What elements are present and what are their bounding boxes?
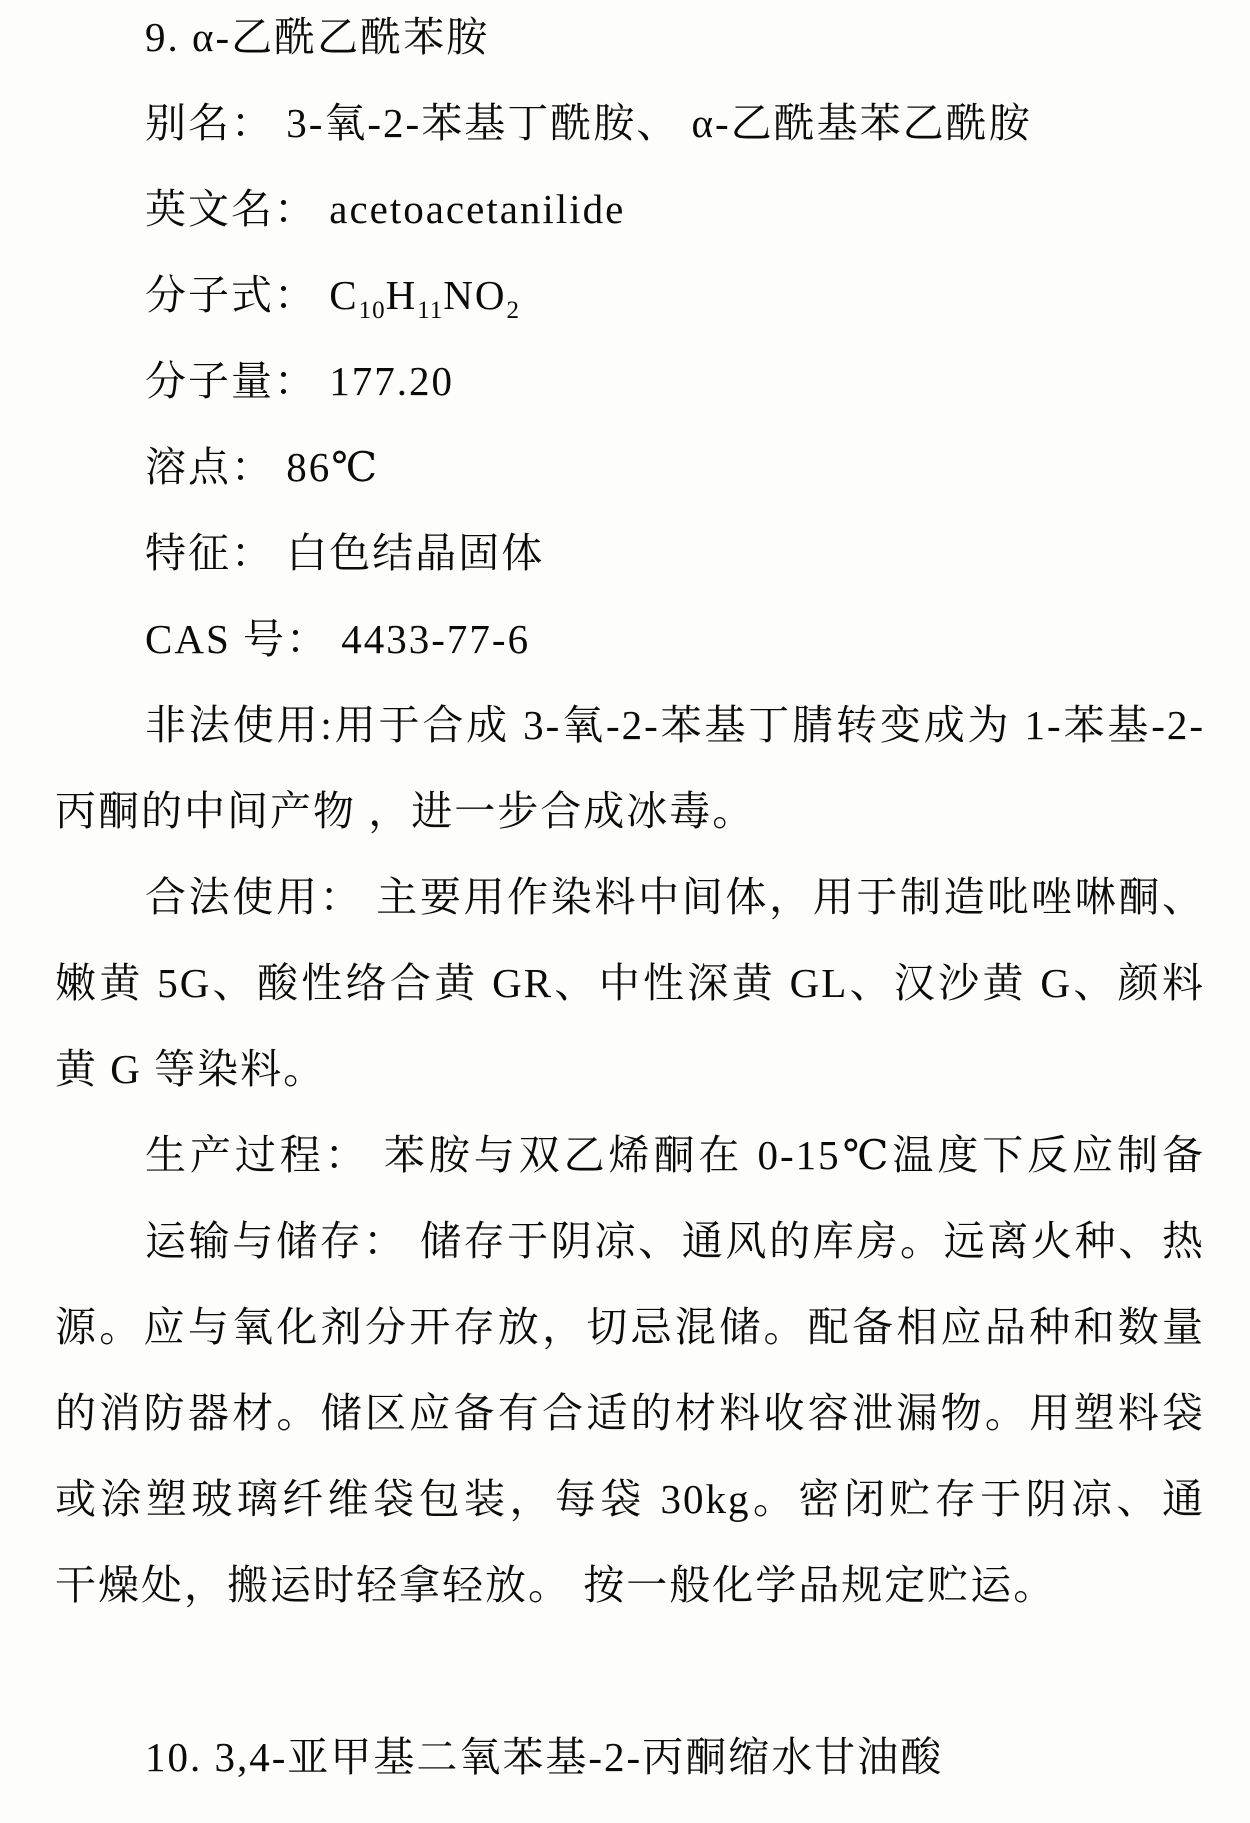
aliases-field: 别名： 3-氧-2-苯基丁酰胺、 α-乙酰基苯乙酰胺 bbox=[55, 80, 1205, 166]
transport-storage-paragraph-line-1: 运输与储存： 储存于阴凉、通风的库房。远离火种、热 bbox=[55, 1198, 1205, 1284]
entry-9-heading: 9. α-乙酰乙酰苯胺 bbox=[55, 0, 1205, 80]
document-text-block: 9. α-乙酰乙酰苯胺别名： 3-氧-2-苯基丁酰胺、 α-乙酰基苯乙酰胺英文名… bbox=[55, 0, 1205, 1800]
formula-subscript: 2 bbox=[507, 297, 521, 324]
text-run: 分子量： 177.20 bbox=[145, 358, 454, 404]
text-run: 嫩黄 5G、酸性络合黄 GR、中性深黄 GL、汉沙黄 G、颜料 bbox=[55, 960, 1205, 1006]
text-run: H bbox=[386, 272, 418, 318]
text-run: 9. α-乙酰乙酰苯胺 bbox=[145, 14, 489, 60]
transport-storage-paragraph-line-2: 源。应与氧化剂分开存放，切忌混储。配备相应品种和数量 bbox=[55, 1284, 1205, 1370]
transport-storage-paragraph-line-3: 的消防器材。储区应备有合适的材料收容泄漏物。用塑料袋 bbox=[55, 1370, 1205, 1456]
text-run: 溶点： 86℃ bbox=[145, 444, 379, 490]
text-run: 非法使用:用于合成 3-氧-2-苯基丁腈转变成为 1-苯基-2- bbox=[145, 702, 1205, 748]
text-run: 的消防器材。储区应备有合适的材料收容泄漏物。用塑料袋 bbox=[55, 1390, 1205, 1436]
illegal-use-paragraph-line-2: 丙酮的中间产物 ，进一步合成冰毒。 bbox=[55, 768, 1205, 854]
document-page: 9. α-乙酰乙酰苯胺别名： 3-氧-2-苯基丁酰胺、 α-乙酰基苯乙酰胺英文名… bbox=[0, 0, 1250, 1817]
production-process-paragraph: 生产过程： 苯胺与双乙烯酮在 0-15℃温度下反应制备 bbox=[55, 1112, 1205, 1198]
text-run: 丙酮的中间产物 ，进一步合成冰毒。 bbox=[55, 788, 755, 834]
english-name-field: 英文名： acetoacetanilide bbox=[55, 166, 1205, 252]
melting-point-field: 溶点： 86℃ bbox=[55, 424, 1205, 510]
entry-10-heading: 10. 3,4-亚甲基二氧苯基-2-丙酮缩水甘油酸 bbox=[55, 1714, 1205, 1800]
legal-use-paragraph-line-1: 合法使用： 主要用作染料中间体，用于制造吡唑啉酮、 bbox=[55, 854, 1205, 940]
text-run: 合法使用： 主要用作染料中间体，用于制造吡唑啉酮、 bbox=[145, 874, 1205, 920]
text-run: 运输与储存： 储存于阴凉、通风的库房。远离火种、热 bbox=[145, 1218, 1205, 1264]
legal-use-paragraph-line-2: 嫩黄 5G、酸性络合黄 GR、中性深黄 GL、汉沙黄 G、颜料 bbox=[55, 940, 1205, 1026]
text-run: 黄 G 等染料。 bbox=[55, 1046, 326, 1092]
text-run: 别名： 3-氧-2-苯基丁酰胺、 α-乙酰基苯乙酰胺 bbox=[145, 100, 1032, 146]
text-run: 或涂塑玻璃纤维袋包装，每袋 30kg。密闭贮存于阴凉、通风、 bbox=[55, 1476, 1205, 1542]
illegal-use-paragraph-line-1: 非法使用:用于合成 3-氧-2-苯基丁腈转变成为 1-苯基-2- bbox=[55, 682, 1205, 768]
text-run: 英文名： acetoacetanilide bbox=[145, 186, 625, 232]
text-run: 干燥处，搬运时轻拿轻放。 按一般化学品规定贮运。 bbox=[55, 1562, 1056, 1608]
legal-use-paragraph-line-3: 黄 G 等染料。 bbox=[55, 1026, 1205, 1112]
appearance-field: 特征： 白色结晶固体 bbox=[55, 510, 1205, 596]
transport-storage-paragraph-line-5: 干燥处，搬运时轻拿轻放。 按一般化学品规定贮运。 bbox=[55, 1542, 1205, 1628]
molecular-formula-field: 分子式： C10H11NO2 bbox=[55, 252, 1205, 338]
text-run: NO bbox=[443, 272, 506, 318]
transport-storage-paragraph-line-4: 或涂塑玻璃纤维袋包装，每袋 30kg。密闭贮存于阴凉、通风、 bbox=[55, 1456, 1205, 1542]
molecular-weight-field: 分子量： 177.20 bbox=[55, 338, 1205, 424]
text-run: CAS 号： 4433-77-6 bbox=[145, 616, 530, 662]
text-run: 分子式： C bbox=[145, 272, 359, 318]
text-run: 生产过程： 苯胺与双乙烯酮在 0-15℃温度下反应制备 bbox=[145, 1132, 1205, 1178]
formula-subscript: 10 bbox=[359, 297, 386, 324]
cas-number-field: CAS 号： 4433-77-6 bbox=[55, 596, 1205, 682]
text-run: 10. 3,4-亚甲基二氧苯基-2-丙酮缩水甘油酸 bbox=[145, 1734, 943, 1780]
text-run: 特征： 白色结晶固体 bbox=[145, 530, 544, 576]
formula-subscript: 11 bbox=[417, 297, 443, 324]
text-run: 源。应与氧化剂分开存放，切忌混储。配备相应品种和数量 bbox=[55, 1304, 1205, 1350]
